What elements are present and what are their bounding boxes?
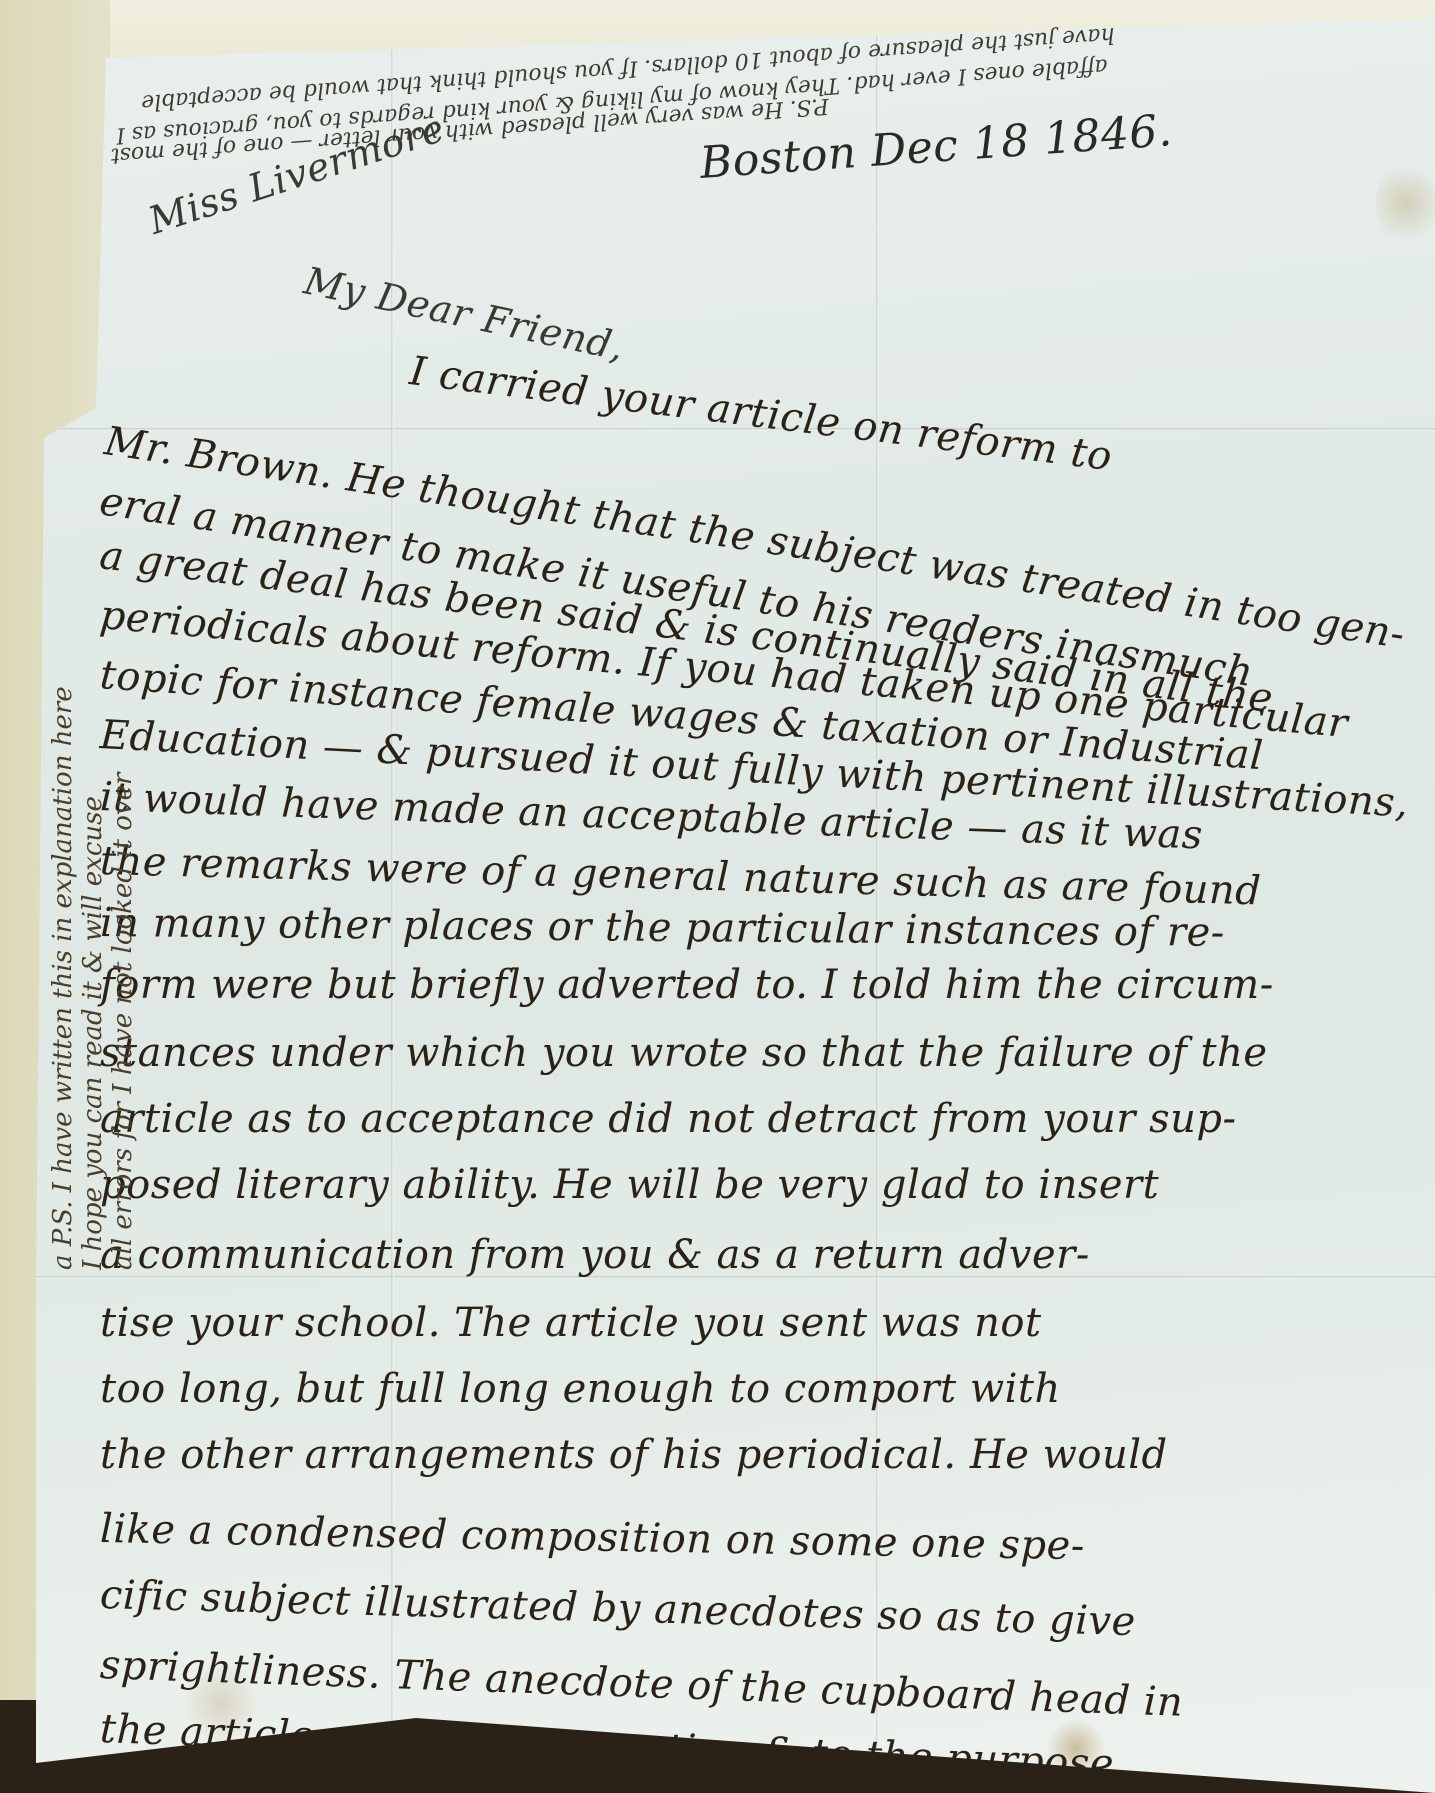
body-line-17: too long, but full long enough to compor… [100,1366,1061,1412]
body-line-14: posed literary ability. He will be very … [100,1162,1159,1208]
postscript-margin-line-2: I hope you can read it & will excuse [78,796,108,1270]
body-line-11: form were but briefly adverted to. I tol… [100,962,1274,1008]
postscript-margin-line-3: all errors for I have not looked it over [108,773,138,1270]
body-line-15: a communication from you & as a return a… [100,1232,1090,1278]
postscript-margin-line-1: a P.S. I have written this in explanatio… [48,686,78,1270]
body-line-16: tise your school. The article you sent w… [100,1300,1042,1346]
body-line-12: stances under which you wrote so that th… [100,1030,1268,1076]
edge-stain [1376,158,1435,248]
body-line-18: the other arrangements of his periodical… [100,1432,1168,1478]
body-line-13: article as to acceptance did not detract… [100,1096,1236,1142]
body-line-10: in many other places or the particular i… [100,900,1225,956]
